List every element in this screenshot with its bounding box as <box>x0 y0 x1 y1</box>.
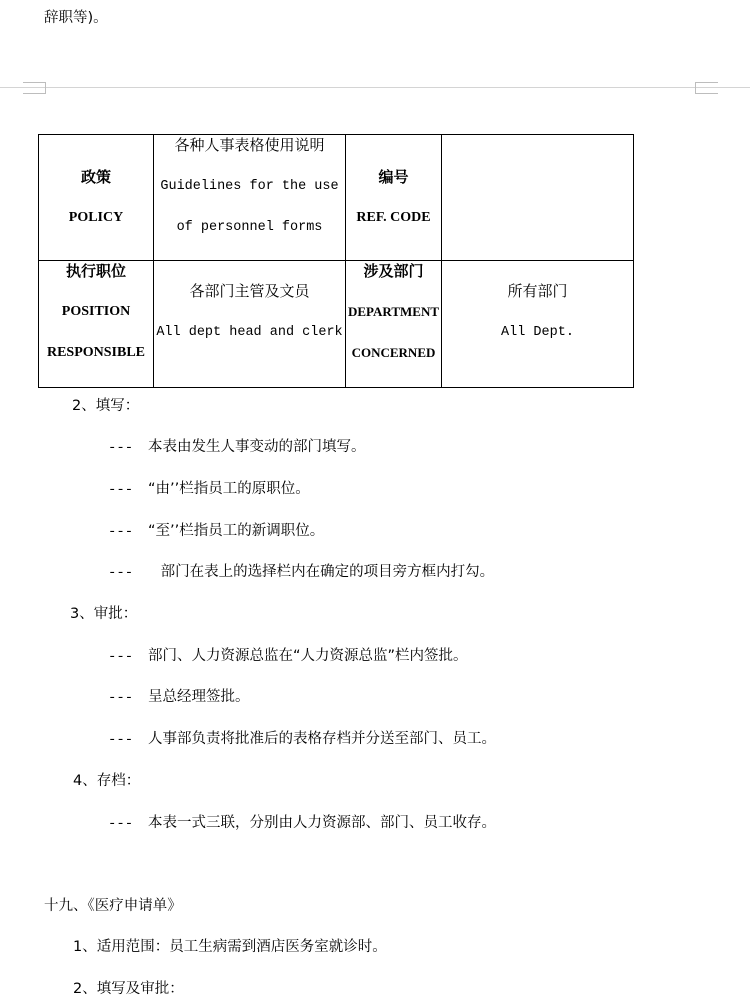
position-label-zh: 执行职位 <box>66 261 126 281</box>
list-item-text: “至’’栏指员工的新调职位。 <box>148 523 324 539</box>
department-label-zh: 涉及部门 <box>363 261 423 281</box>
department-label-en-line2: CONCERNED <box>352 343 436 363</box>
list-item: ---“由’’栏指员工的原职位。 <box>108 480 310 499</box>
policy-value-en-line1: Guidelines for the use <box>160 177 338 197</box>
policy-label-cell: 政策 POLICY <box>39 135 154 261</box>
dash-bullet: --- <box>108 523 148 541</box>
position-label-en-line2: RESPONSIBLE <box>47 343 145 363</box>
right-margin-corner-mark <box>695 82 718 94</box>
list-item: ---呈总经理签批。 <box>108 688 250 707</box>
department-label-en-line1: DEPARTMENT <box>348 302 439 322</box>
list-item-text: 呈总经理签批。 <box>148 689 250 705</box>
paragraph-fill-approve: 2、填写及审批： <box>73 980 184 998</box>
list-item-text: 本表一式三联，分别由人力资源部、部门、员工收存。 <box>148 815 496 831</box>
position-value-en: All dept head and clerk <box>156 323 342 343</box>
department-value-zh: 所有部门 <box>507 281 567 301</box>
section-heading-approve: 3、审批： <box>70 605 137 623</box>
policy-value-en-line2: of personnel forms <box>177 218 323 238</box>
section-heading-archive: 4、存档： <box>73 772 140 790</box>
list-item: ---部门、人力资源总监在“人力资源总监”栏内签批。 <box>108 647 468 666</box>
list-item-text: 部门、人力资源总监在“人力资源总监”栏内签批。 <box>148 648 468 664</box>
paragraph-fragment: 辞职等)。 <box>44 9 108 27</box>
list-item-text: 人事部负责将批准后的表格存档并分送至部门、员工。 <box>148 731 496 747</box>
section-title-medical-form: 十九、《医疗申请单》 <box>44 897 182 915</box>
policy-value-zh: 各种人事表格使用说明 <box>174 135 324 155</box>
list-item: --- 部门在表上的选择栏内在确定的项目旁方框内打勾。 <box>108 563 494 582</box>
policy-value-cell: 各种人事表格使用说明 Guidelines for the use of per… <box>154 135 346 261</box>
policy-label-zh: 政策 <box>81 167 111 187</box>
dash-bullet: --- <box>108 815 148 833</box>
dash-bullet: --- <box>108 731 148 749</box>
ref-code-label-cell: 编号 REF. CODE <box>346 135 442 261</box>
dash-bullet: --- <box>108 481 148 499</box>
position-label-cell: 执行职位 POSITION RESPONSIBLE <box>39 261 154 388</box>
dash-bullet: --- <box>108 439 148 457</box>
list-item: ---本表一式三联，分别由人力资源部、部门、员工收存。 <box>108 814 496 833</box>
page-break-divider <box>0 87 750 88</box>
dash-bullet: --- <box>108 648 148 666</box>
list-item: ---“至’’栏指员工的新调职位。 <box>108 522 324 541</box>
position-value-cell: 各部门主管及文员 All dept head and clerk <box>154 261 346 388</box>
list-item: ---本表由发生人事变动的部门填写。 <box>108 438 366 457</box>
position-value-zh: 各部门主管及文员 <box>189 281 309 301</box>
table-row-position: 执行职位 POSITION RESPONSIBLE 各部门主管及文员 All d… <box>39 261 634 388</box>
list-item-text: “由’’栏指员工的原职位。 <box>148 481 310 497</box>
ref-code-value-cell <box>442 135 634 261</box>
position-label-en-line1: POSITION <box>62 302 130 322</box>
department-value-cell: 所有部门 All Dept. <box>442 261 634 388</box>
dash-bullet: --- <box>108 689 148 707</box>
department-label-cell: 涉及部门 DEPARTMENT CONCERNED <box>346 261 442 388</box>
list-item-text: 部门在表上的选择栏内在确定的项目旁方框内打勾。 <box>148 564 494 580</box>
list-item: ---人事部负责将批准后的表格存档并分送至部门、员工。 <box>108 730 496 749</box>
ref-code-label-en: REF. CODE <box>356 208 430 228</box>
section-heading-fill: 2、填写： <box>72 397 139 415</box>
list-item-text: 本表由发生人事变动的部门填写。 <box>148 439 366 455</box>
policy-header-table: 政策 POLICY 各种人事表格使用说明 Guidelines for the … <box>38 134 634 388</box>
department-value-en: All Dept. <box>501 323 574 343</box>
left-margin-corner-mark <box>23 82 46 94</box>
ref-code-label-zh: 编号 <box>378 167 408 187</box>
paragraph-scope: 1、适用范围：员工生病需到酒店医务室就诊时。 <box>73 938 387 956</box>
dash-bullet: --- <box>108 564 148 582</box>
policy-label-en: POLICY <box>69 208 123 228</box>
table-row-policy: 政策 POLICY 各种人事表格使用说明 Guidelines for the … <box>39 135 634 261</box>
